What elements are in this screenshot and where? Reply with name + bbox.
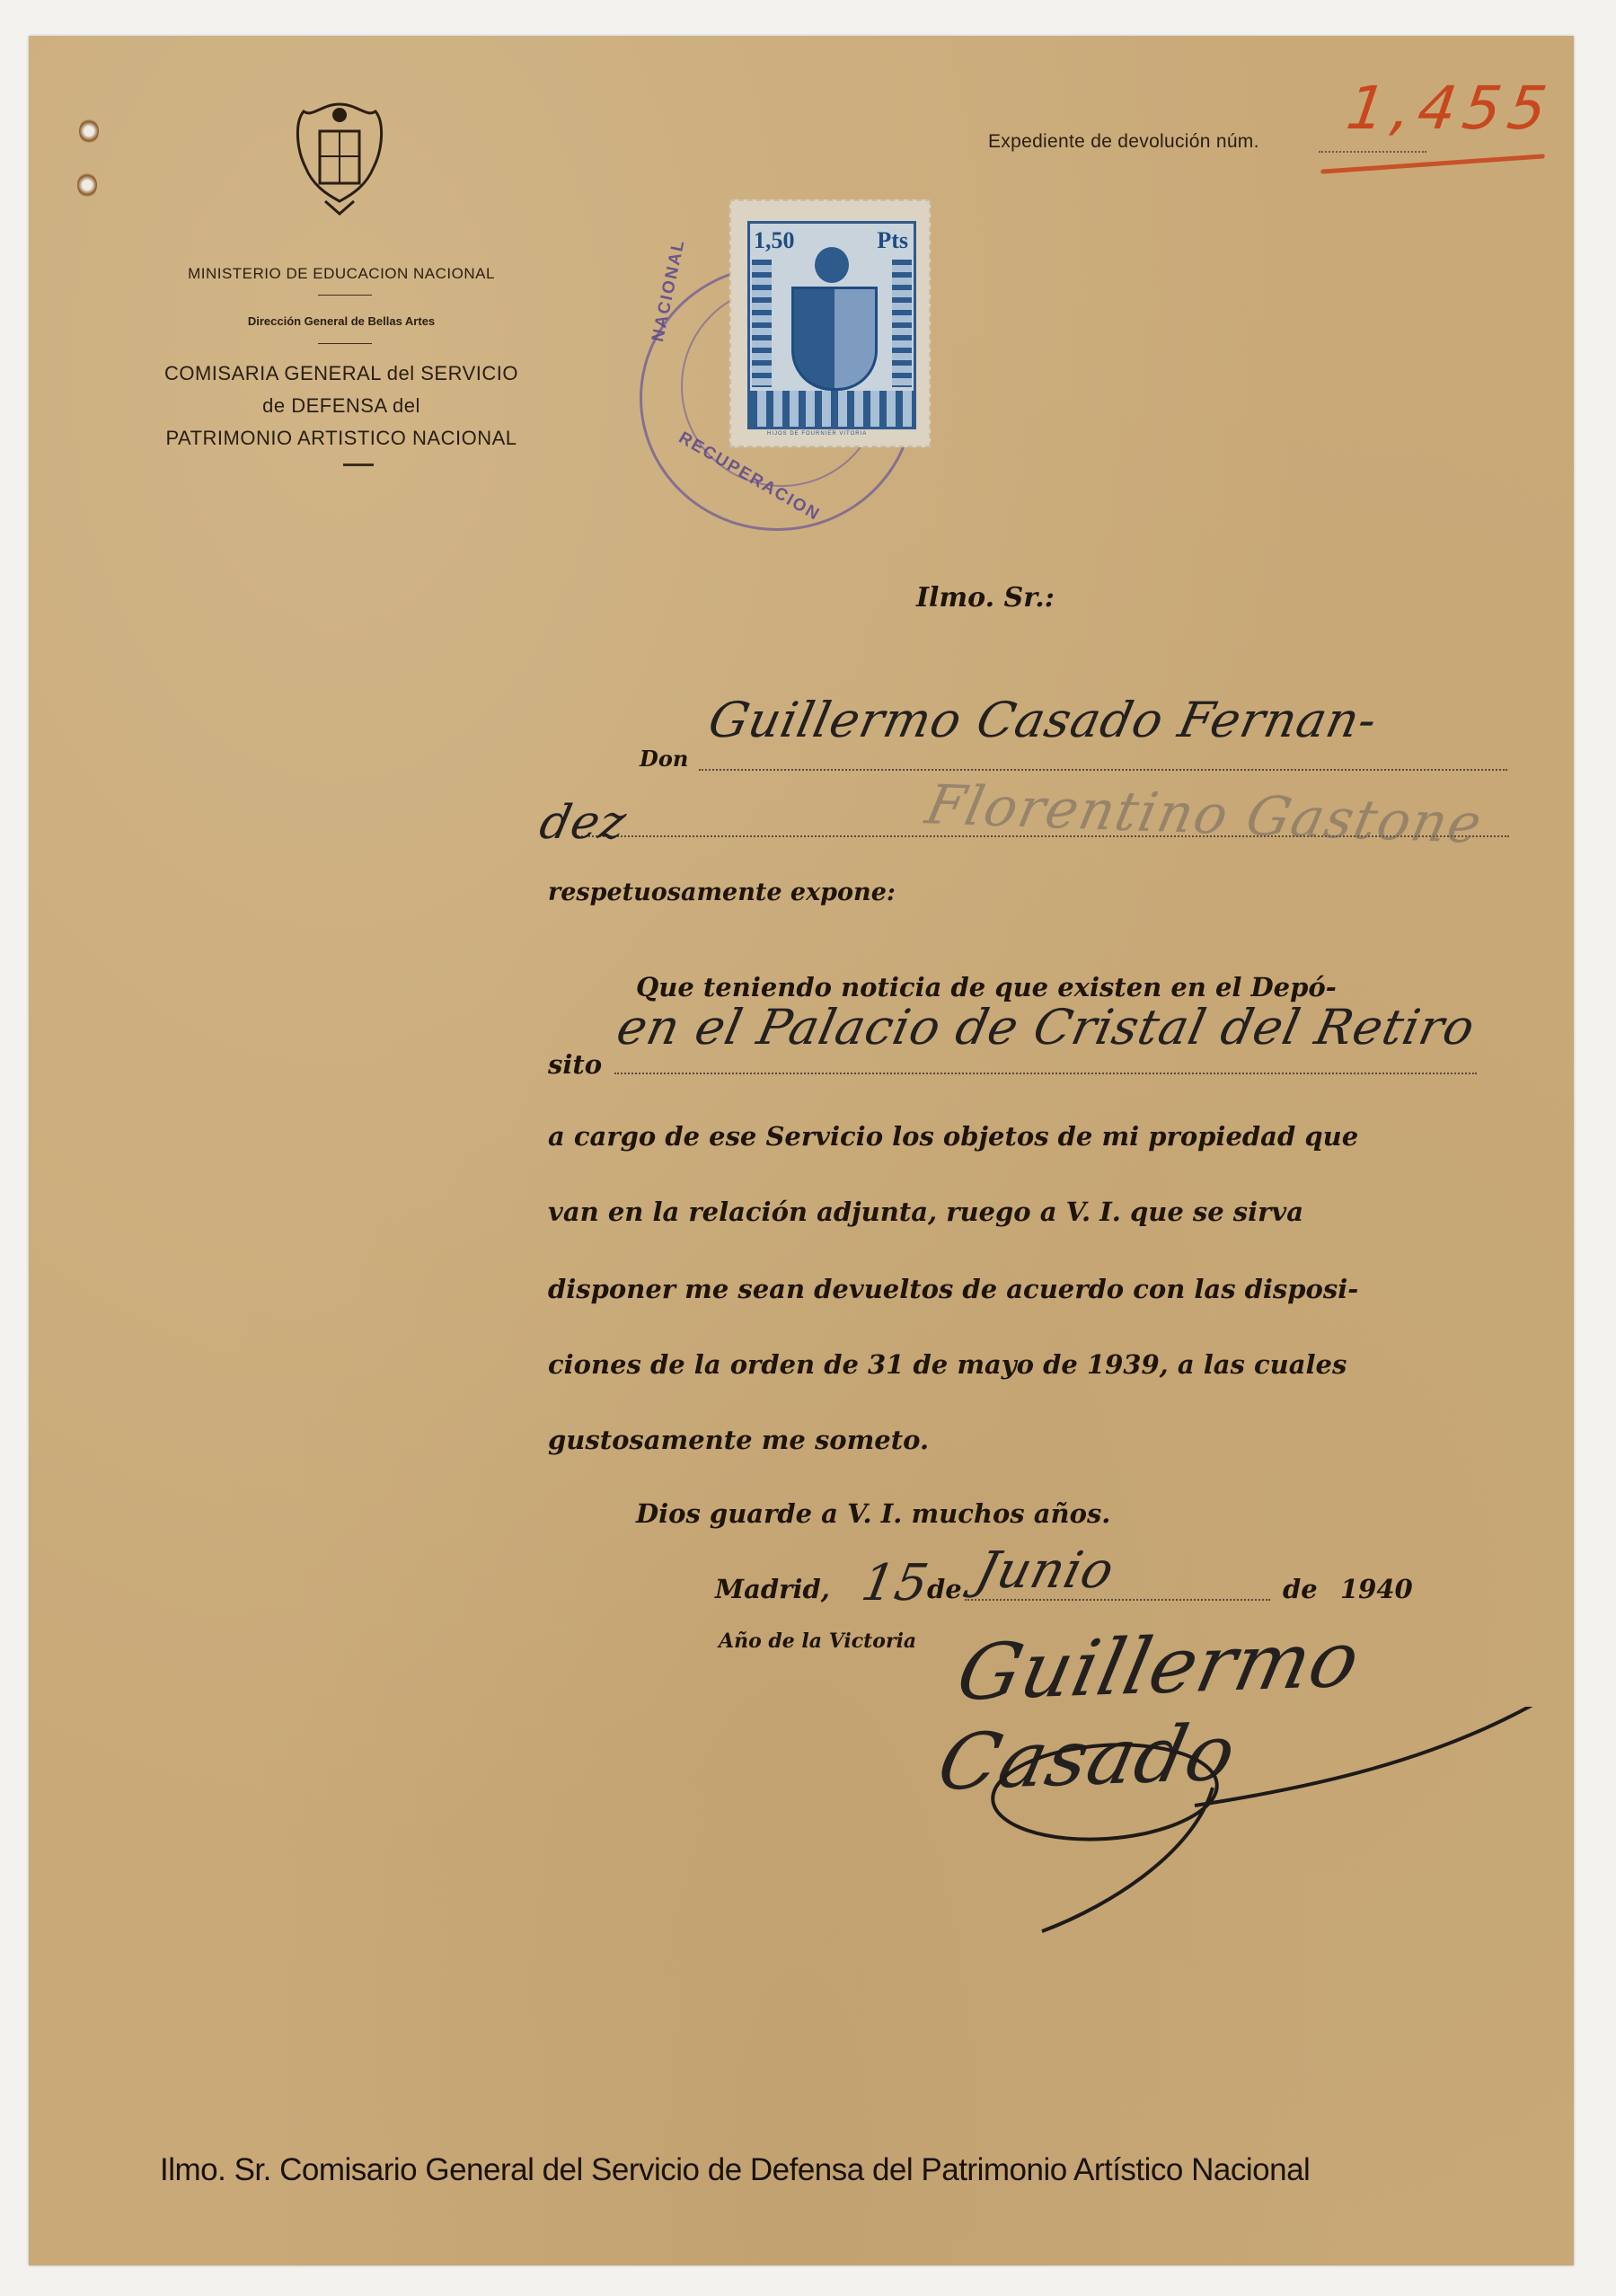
binder-hole	[79, 119, 99, 144]
closing-formula: Dios guarde a V. I. muchos años.	[636, 1498, 1110, 1529]
year-note: Año de la Victoria	[719, 1629, 916, 1653]
paragraph-line: ciones de la orden de 31 de mayo de 1939…	[548, 1349, 1347, 1380]
stamp-ornament	[752, 260, 772, 387]
revenue-stamp: 1,50 Pts HIJOS DE FOURNIER VITORIA	[729, 199, 931, 447]
coat-of-arms-icon	[286, 95, 393, 221]
deposit-field-line	[614, 1073, 1477, 1074]
applicant-name-handwritten-2: dez	[535, 796, 631, 850]
date-month-handwritten: Junio	[970, 1541, 1120, 1600]
stamp-printer: HIJOS DE FOURNIER VITORIA	[767, 431, 867, 437]
paragraph-line: Que teniendo noticia de que existen en e…	[636, 972, 1337, 1002]
salutation: Ilmo. Sr.:	[916, 582, 1055, 614]
shield-icon	[791, 287, 878, 391]
name-field-line-1	[699, 769, 1507, 771]
commission-name: COMISARIA GENERAL del SERVICIO de DEFENS…	[126, 358, 557, 455]
applicant-name-handwritten-1: Guillermo Casado Fernan-	[703, 692, 1382, 748]
stamp-ornament	[750, 391, 914, 427]
paragraph-line: disponer me sean devueltos de acuerdo co…	[548, 1274, 1358, 1304]
ministry-name: MINISTERIO DE EDUCACION NACIONAL	[135, 265, 548, 283]
commission-line-1: COMISARIA GENERAL del SERVICIO	[126, 358, 557, 390]
date-city: Madrid,	[715, 1574, 830, 1604]
commission-line-3: PATRIMONIO ARTISTICO NACIONAL	[126, 422, 557, 455]
binder-hole	[77, 172, 97, 198]
stamp-currency: Pts	[877, 227, 908, 254]
expediente-dotted-line	[1319, 151, 1426, 153]
divider	[343, 464, 374, 466]
expone-label: respetuosamente expone:	[548, 879, 896, 906]
paragraph-line: a cargo de ese Servicio los objetos de m…	[548, 1121, 1358, 1152]
expediente-label: Expediente de devolución núm.	[988, 131, 1259, 153]
commission-line-2: de DEFENSA del	[126, 390, 557, 422]
date-de: de	[1283, 1574, 1318, 1604]
addressee-footer: Ilmo. Sr. Comisario General del Servicio…	[160, 2152, 1310, 2188]
stamp-ornament	[892, 260, 912, 387]
don-label: Don	[640, 746, 688, 772]
deposit-location-handwritten: en el Palacio de Cristal del Retiro	[612, 999, 1479, 1055]
eagle-icon	[815, 247, 849, 283]
paragraph-line: sito	[548, 1049, 602, 1080]
direction-name: Dirección General de Bellas Artes	[135, 314, 548, 328]
signature-flourish	[970, 1707, 1599, 1940]
date-de: de	[927, 1574, 962, 1604]
stamp-value: 1,50	[754, 227, 795, 254]
date-year: 1940	[1340, 1574, 1413, 1604]
date-day-handwritten: 15	[857, 1554, 933, 1612]
expediente-number: 1,455	[1343, 74, 1559, 143]
paragraph-line: van en la relación adjunta, ruego a V. I…	[548, 1197, 1303, 1227]
stamp-frame: 1,50 Pts	[747, 221, 916, 429]
divider	[318, 295, 372, 296]
divider	[318, 343, 372, 344]
paragraph-line: gustosamente me someto.	[548, 1425, 929, 1455]
